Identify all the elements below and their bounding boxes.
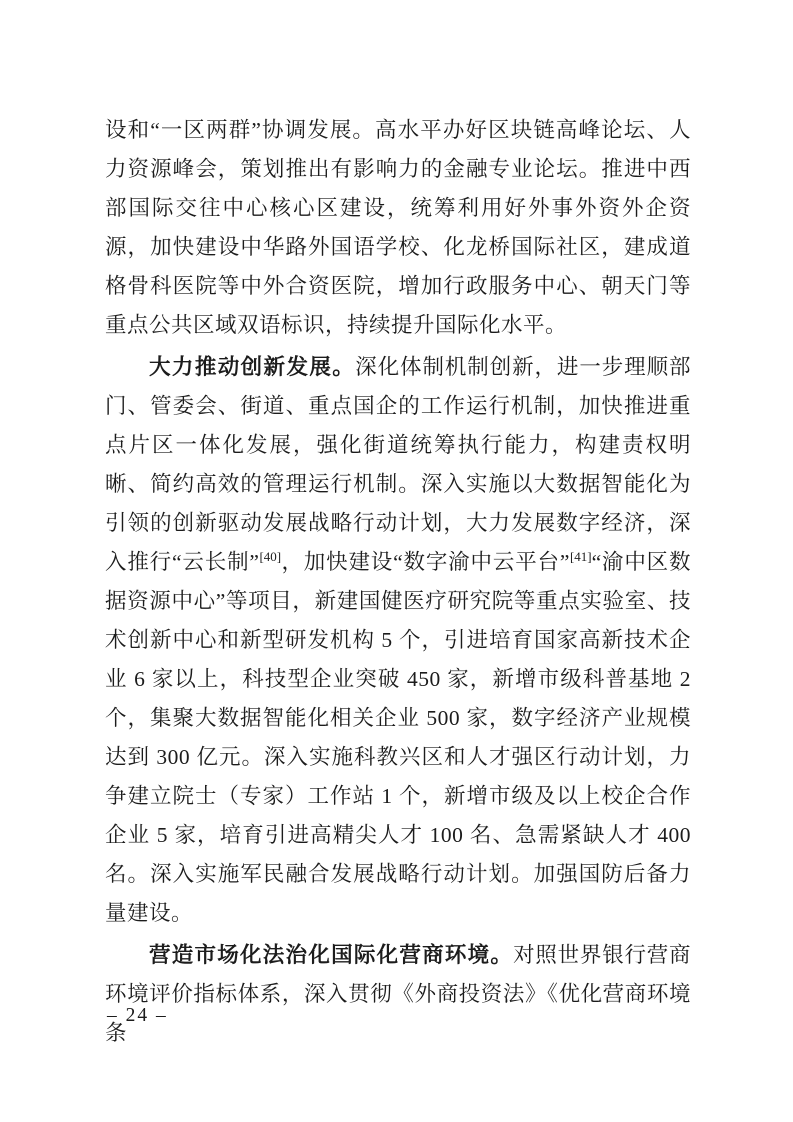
- paragraph-business-environment: 营造市场化法治化国际化营商环境。对照世界银行营商环境评价指标体系，深入贯彻《外商…: [105, 936, 691, 1053]
- body-text: 深化体制机制创新，进一步理顺部门、管委会、街道、重点国企的工作运行机制，加快推进…: [105, 355, 691, 574]
- page-number: – 24 –: [107, 1003, 168, 1029]
- footnote-ref-41: [41]: [570, 549, 592, 564]
- paragraph-innovation-development: 大力推动创新发展。深化体制机制创新，进一步理顺部门、管委会、街道、重点国企的工作…: [105, 348, 691, 933]
- body-text: 设和“一区两群”协调发展。高水平办好区块链高峰论坛、人力资源峰会，策划推出有影响…: [105, 118, 691, 337]
- footnote-ref-40: [40]: [259, 549, 281, 564]
- paragraph-international-continued: 设和“一区两群”协调发展。高水平办好区块链高峰论坛、人力资源峰会，策划推出有影响…: [105, 111, 691, 345]
- paragraph-lead-heading: 营造市场化法治化国际化营商环境。: [149, 943, 513, 967]
- document-page: 设和“一区两群”协调发展。高水平办好区块链高峰论坛、人力资源峰会，策划推出有影响…: [0, 0, 793, 1122]
- paragraph-lead-heading: 大力推动创新发展。: [149, 355, 355, 379]
- body-text: “渝中区数据资源中心”等项目，新建国健医疗研究院等重点实验室、技术创新中心和新型…: [105, 550, 691, 925]
- body-text-block: 设和“一区两群”协调发展。高水平办好区块链高峰论坛、人力资源峰会，策划推出有影响…: [105, 111, 691, 1056]
- body-text: ，加快建设“数字渝中云平台”: [281, 550, 570, 574]
